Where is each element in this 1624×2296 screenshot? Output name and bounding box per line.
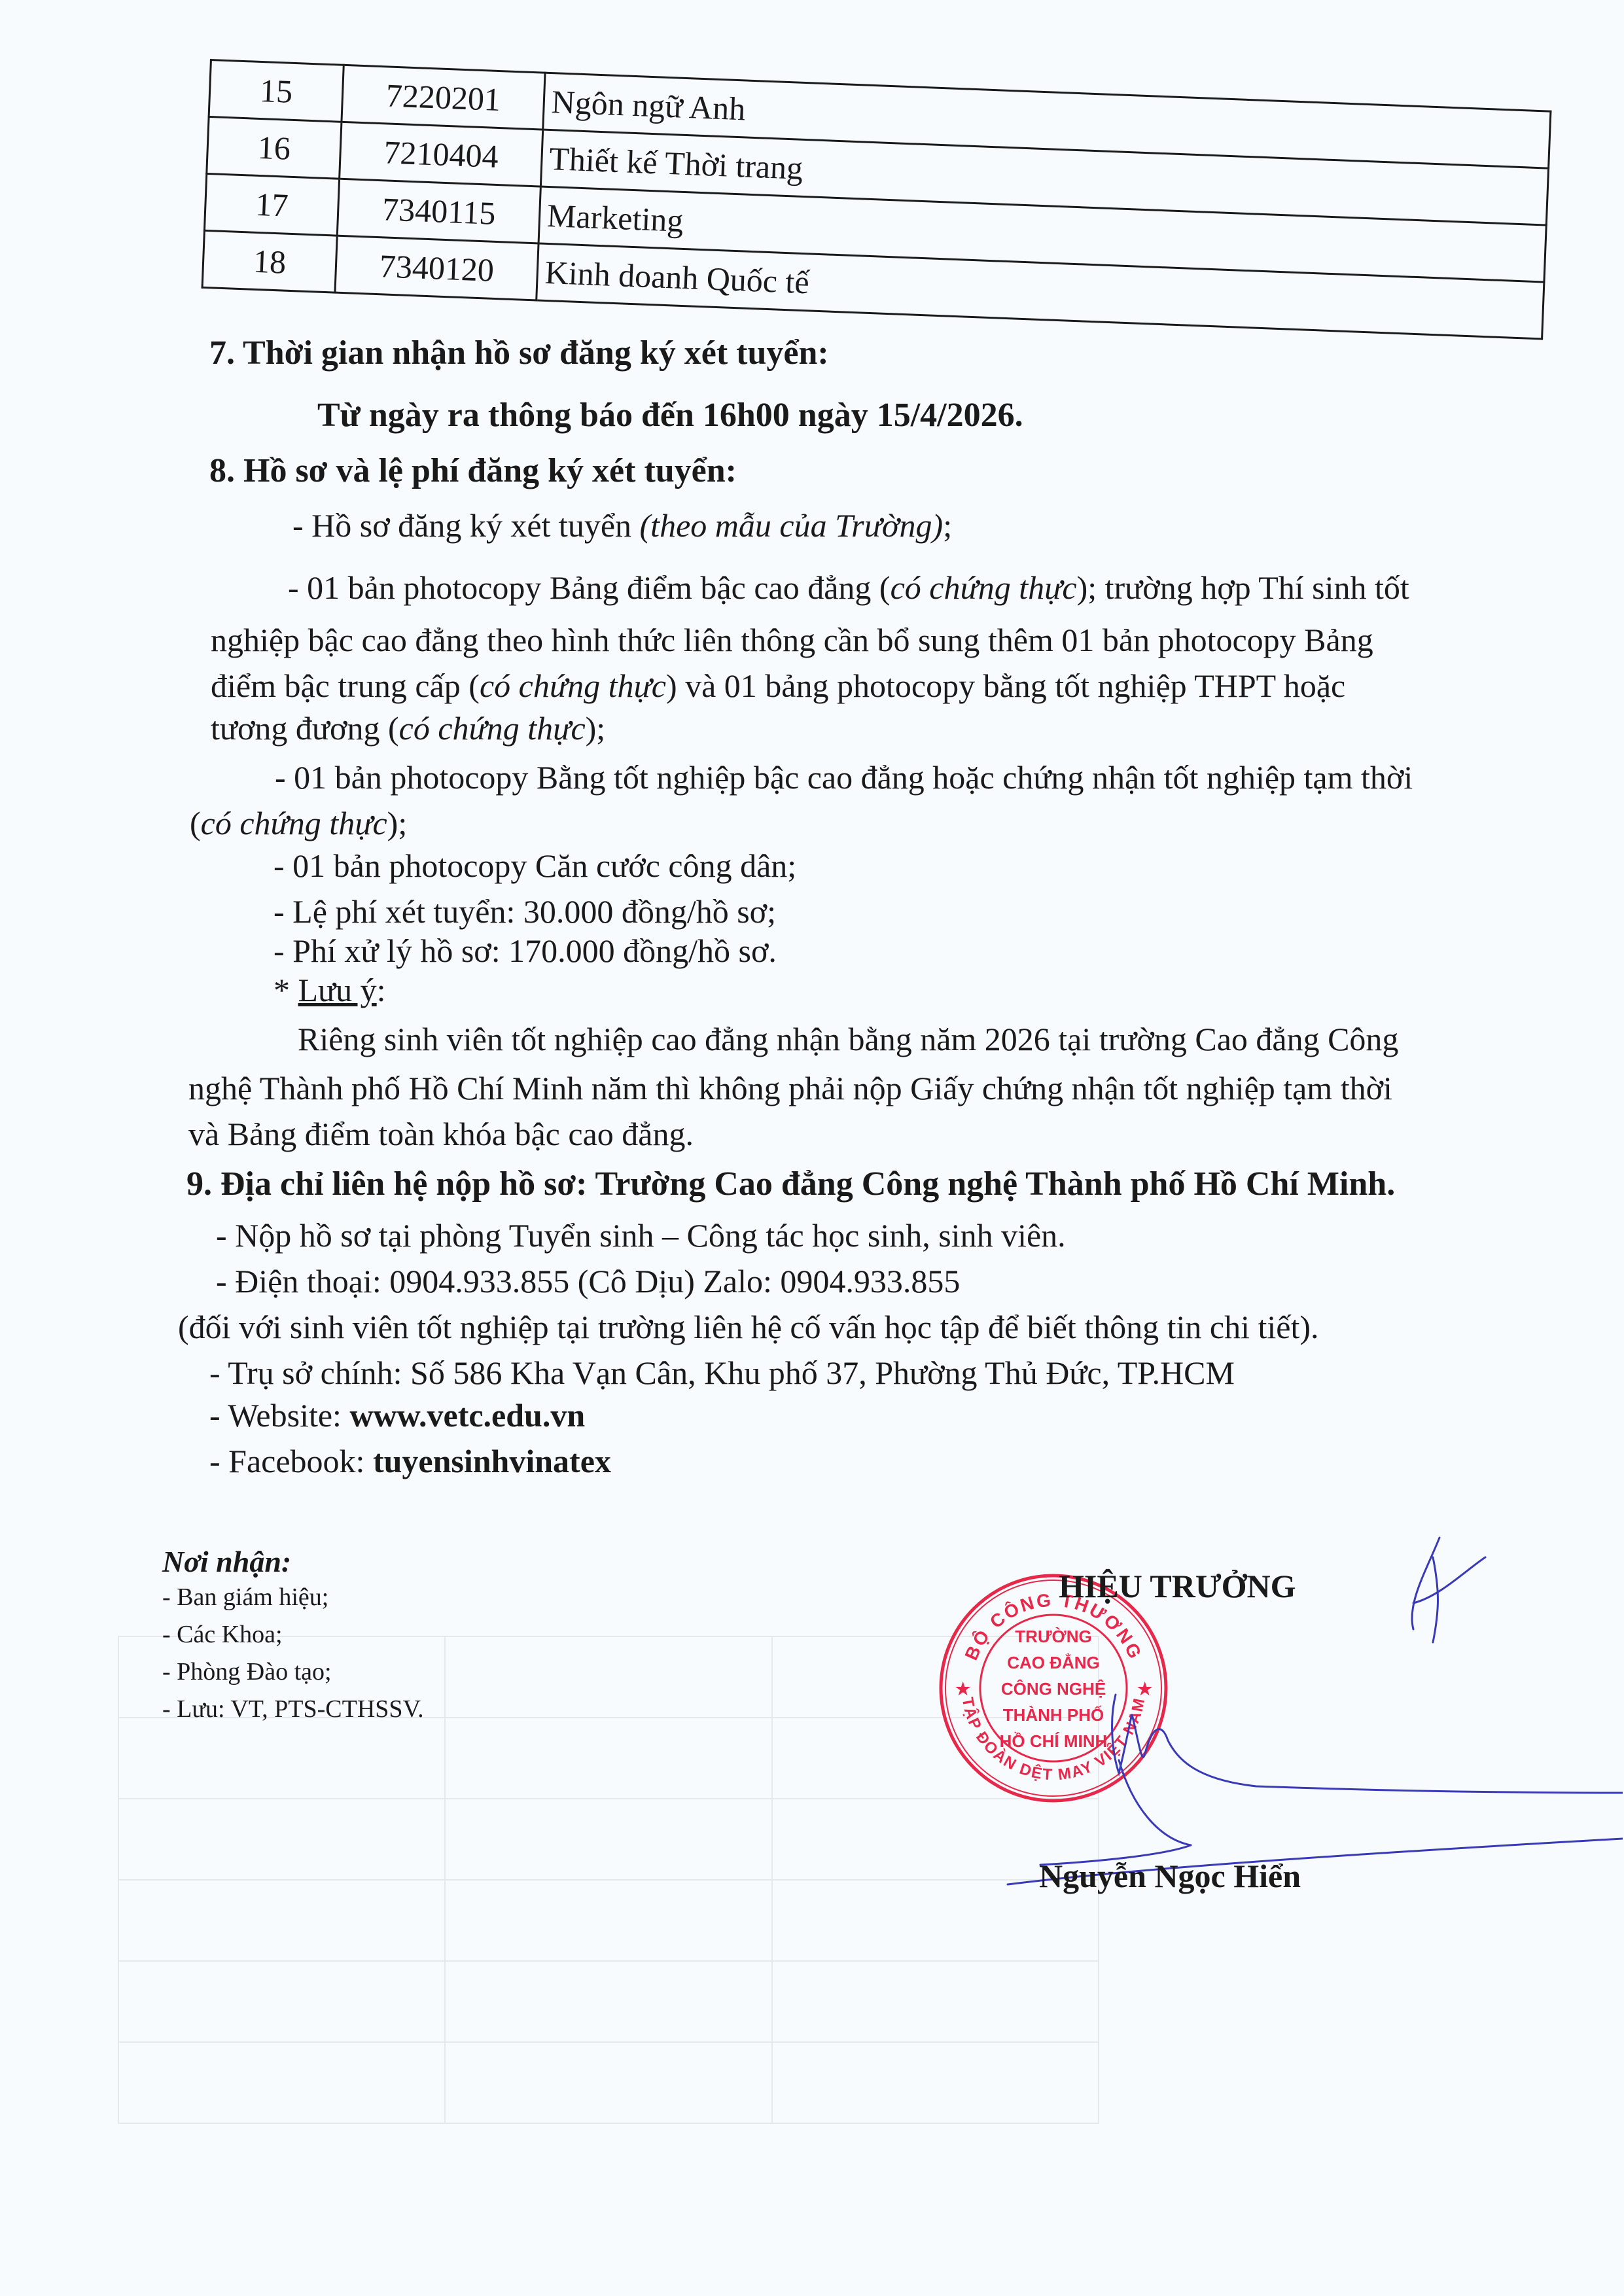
majors-table-wrap: 157220201Ngôn ngữ Anh167210404Thiết kế T… [202, 59, 1552, 340]
stt-cell: 16 [207, 116, 342, 179]
recipients-title: Nơi nhận: [162, 1544, 424, 1579]
code-cell: 7340115 [337, 179, 540, 243]
facebook-link[interactable]: tuyensinhvinatex [373, 1443, 611, 1479]
recipients-block: Nơi nhận: - Ban giám hiệu;- Các Khoa;- P… [162, 1544, 424, 1728]
section9-heading: 9. Địa chỉ liên hệ nộp hồ sơ: Trường Cao… [186, 1165, 1395, 1204]
section9-advisor-note: (đối với sinh viên tốt nghiệp tại trường… [178, 1309, 1319, 1347]
section8-note-line1: Riêng sinh viên tốt nghiệp cao đẳng nhận… [298, 1021, 1398, 1059]
code-cell: 7220201 [342, 65, 545, 130]
section8-note-line2: nghệ Thành phố Hồ Chí Minh năm thì không… [188, 1070, 1392, 1108]
section8-item3-line1: - 01 bản photocopy Bằng tốt nghiệp bậc c… [275, 759, 1413, 797]
svg-text:★: ★ [955, 1679, 971, 1699]
stt-cell: 15 [209, 60, 344, 122]
section9-submit: - Nộp hồ sơ tại phòng Tuyển sinh – Công … [216, 1217, 1066, 1255]
website-link[interactable]: www.vetc.edu.vn [349, 1397, 585, 1434]
recipients-list: - Ban giám hiệu;- Các Khoa;- Phòng Đào t… [162, 1579, 424, 1728]
section8-note-line3: và Bảng điểm toàn khóa bậc cao đẳng. [188, 1116, 694, 1154]
recipient-item: - Lưu: VT, PTS-CTHSSV. [162, 1691, 424, 1728]
section8-item2-line3: điểm bậc trung cấp (có chứng thực) và 01… [211, 667, 1345, 705]
section9-website-line: - Website: www.vetc.edu.vn [209, 1397, 585, 1435]
document-page: 157220201Ngôn ngữ Anh167210404Thiết kế T… [0, 0, 1624, 2296]
section7-text: Từ ngày ra thông báo đến 16h00 ngày 15/4… [317, 396, 1023, 435]
code-cell: 7340120 [335, 236, 538, 300]
section9-facebook-line: - Facebook: tuyensinhvinatex [209, 1443, 611, 1481]
stt-cell: 17 [204, 173, 339, 236]
section8-item6: - Phí xử lý hồ sơ: 170.000 đồng/hồ sơ. [274, 932, 777, 970]
section8-item2-line4: tương đương (có chứng thực); [211, 710, 605, 748]
recipient-item: - Phòng Đào tạo; [162, 1653, 424, 1691]
section8-item4: - 01 bản photocopy Căn cước công dân; [274, 847, 796, 885]
code-cell: 7210404 [340, 122, 543, 186]
section9-phone: - Điện thoại: 0904.933.855 (Cô Dịu) Zalo… [216, 1263, 960, 1301]
section8-note-label: * Lưu ý: [274, 972, 386, 1010]
stt-cell: 18 [202, 230, 337, 292]
majors-table: 157220201Ngôn ngữ Anh167210404Thiết kế T… [202, 59, 1552, 340]
section8-item3-line2: (có chứng thực); [190, 805, 407, 843]
section8-item2-line2: nghiệp bậc cao đẳng theo hình thức liên … [211, 622, 1373, 660]
section8-item5: - Lệ phí xét tuyển: 30.000 đồng/hồ sơ; [274, 893, 776, 931]
signer-name: Nguyễn Ngọc Hiển [1039, 1857, 1301, 1895]
recipient-item: - Ban giám hiệu; [162, 1579, 424, 1616]
section8-heading: 8. Hồ sơ và lệ phí đăng ký xét tuyển: [209, 451, 737, 491]
section7-heading: 7. Thời gian nhận hồ sơ đăng ký xét tuyể… [209, 334, 829, 373]
recipient-item: - Các Khoa; [162, 1616, 424, 1653]
section8-item1: - Hồ sơ đăng ký xét tuyển (theo mẫu của … [292, 507, 952, 545]
section8-item2-line1: - 01 bản photocopy Bảng điểm bậc cao đẳn… [288, 569, 1409, 607]
section9-address: - Trụ sở chính: Số 586 Kha Vạn Cân, Khu … [209, 1354, 1235, 1392]
signature-title: HIỆU TRƯỞNG [1059, 1567, 1296, 1605]
